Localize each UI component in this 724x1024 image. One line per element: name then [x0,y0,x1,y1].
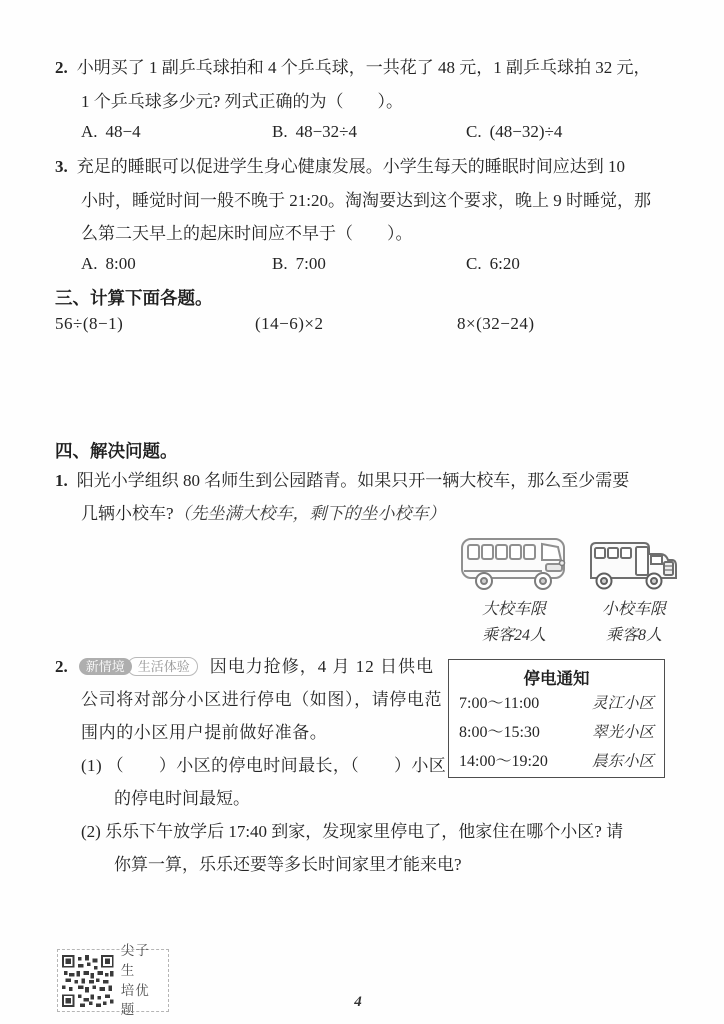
big-school-bus-illustration [458,530,570,594]
question-3-line-3: 么第二天早上的起床时间应不早于（ ）。 [81,223,413,244]
qr-caption-line-2: 培优题 [121,981,164,1020]
section4-q1-line-2: 几辆小校车?（先坐满大校车，剩下的坐小校车） [81,503,446,524]
question-3-option-b: B.7:00 [272,254,326,274]
question-2-option-b: B.48−32÷4 [272,122,357,142]
qr-promo-box: 尖子生 培优题 [57,949,169,1012]
calc-expression-3: 8×(32−24) [457,314,535,334]
question-2-line-2: 1 个乒乓球多少元? 列式正确的为（ ）。 [81,91,403,112]
option-label: B. [272,254,288,273]
section4-q2-line-1: 2. 新情境 生活体验 因电力抢修，4 月 12 日供电 [55,656,434,677]
small-bus-caption-line-2: 乘客8人 [584,622,684,645]
option-label: A. [81,254,98,273]
question-2-text: 小明买了 1 副乒乓球拍和 4 个乒乓球，一共花了 48 元，1 副乒乓球拍 3… [77,58,651,77]
section4-q2-sub2-line-1: (2) 乐乐下午放学后 17:40 到家，发现家里停电了，他家住在哪个小区? 请 [81,821,623,842]
section4-q1-line-1: 1.阳光小学组织 80 名师生到公园踏青。如果只开一辆大校车，那么至少需要 [55,470,629,491]
question-2-option-c: C.(48−32)÷4 [466,122,562,142]
big-bus-caption-line-2: 乘客24人 [452,622,576,645]
notice-title: 停电通知 [459,665,654,689]
question-3-line-2: 小时，睡觉时间一般不晚于 21:20。淘淘要达到这个要求，晚上 9 时睡觉，那 [81,190,651,211]
small-bus-caption-line-1: 小校车限 [584,596,684,619]
calc-expression-2: (14−6)×2 [255,314,324,334]
option-text: 7:00 [296,254,326,273]
section4-q2-text: 因电力抢修，4 月 12 日供电 [210,656,434,677]
section4-q2-line-3: 围内的小区用户提前做好准备。 [81,722,327,743]
big-bus-caption-line-1: 大校车限 [452,596,576,619]
section4-q2-number: 2. [55,656,68,677]
question-3-option-c: C.6:20 [466,254,520,274]
question-3-line-1: 3.充足的睡眠可以促进学生身心健康发展。小学生每天的睡眠时间应达到 10 [55,156,625,177]
notice-area: 翠光小区 [592,718,654,747]
question-2-option-a: A.48−4 [81,122,141,142]
badge-life-experience: 生活体验 [127,657,198,676]
option-label: C. [466,122,482,141]
notice-row: 7:00～11:00 灵江小区 [459,689,654,718]
qr-caption-line-1: 尖子生 [121,941,164,980]
section4-q1-number: 1. [55,471,68,490]
question-2-number: 2. [55,58,68,77]
small-school-bus-illustration [588,534,680,594]
power-outage-notice-box: 停电通知 7:00～11:00 灵江小区 8:00～15:30 翠光小区 14:… [448,659,665,778]
option-text: 48−32÷4 [296,122,357,141]
notice-time: 14:00～19:20 [459,747,548,776]
notice-area: 晨东小区 [592,747,654,776]
question-3-option-a: A.8:00 [81,254,136,274]
option-text: 48−4 [106,122,141,141]
section4-q1-text2: 几辆小校车? [81,504,174,523]
section4-q1-text: 阳光小学组织 80 名师生到公园踏青。如果只开一辆大校车，那么至少需要 [77,471,630,490]
qr-code-icon [62,955,114,1007]
option-text: 8:00 [106,254,136,273]
section-3-title: 三、计算下面各题。 [55,285,213,310]
question-2-line-1: 2.小明买了 1 副乒乓球拍和 4 个乒乓球，一共花了 48 元，1 副乒乓球拍… [55,57,651,78]
question-3-text: 充足的睡眠可以促进学生身心健康发展。小学生每天的睡眠时间应达到 10 [77,157,625,176]
section4-q1-note: （先坐满大校车，剩下的坐小校车） [174,504,446,523]
notice-area: 灵江小区 [592,689,654,718]
section4-q2-sub1-line-1: (1) （ ）小区的停电时间最长，（ ）小区 [81,755,446,776]
option-text: 6:20 [490,254,520,273]
badge-new-context: 新情境 [79,658,132,675]
section-4-title: 四、解决问题。 [55,438,178,463]
notice-time: 8:00～15:30 [459,718,540,747]
option-label: C. [466,254,482,273]
notice-row: 8:00～15:30 翠光小区 [459,718,654,747]
option-text: (48−32)÷4 [490,122,563,141]
calc-expression-1: 56÷(8−1) [55,314,123,334]
notice-time: 7:00～11:00 [459,689,539,718]
qr-caption: 尖子生 培优题 [121,941,164,1019]
section4-q2-line-2: 公司将对部分小区进行停电（如图），请停电范 [81,689,442,710]
section4-q2-sub1-line-2: 的停电时间最短。 [114,788,250,809]
option-label: B. [272,122,288,141]
question-3-number: 3. [55,157,68,176]
notice-row: 14:00～19:20 晨东小区 [459,747,654,776]
option-label: A. [81,122,98,141]
page-number: 4 [338,994,378,1011]
section4-q2-sub2-line-2: 你算一算，乐乐还要等多长时间家里才能来电? [114,854,462,875]
